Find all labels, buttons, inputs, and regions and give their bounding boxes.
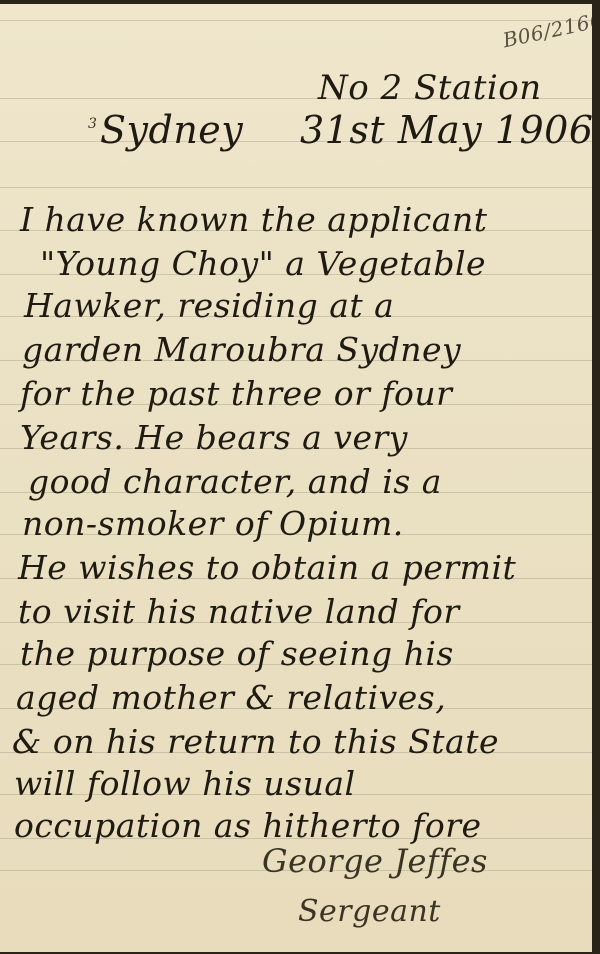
body-line: good character, and is a <box>28 462 442 501</box>
body-line: garden Maroubra Sydney <box>22 330 461 369</box>
body-line: I have known the applicant <box>20 200 487 239</box>
body-line: Years. He bears a very <box>20 418 408 457</box>
place-name: Sydney <box>100 108 243 152</box>
signature-name: George Jeffes <box>262 842 488 880</box>
ruled-line <box>0 187 592 188</box>
body-line: & on his return to this State <box>12 722 499 761</box>
letter-date: 31st May 1906 <box>300 108 592 152</box>
body-line: "Young Choy" a Vegetable <box>40 244 486 283</box>
body-line: to visit his native land for <box>18 592 460 631</box>
ruled-line <box>0 20 592 21</box>
signature-rank: Sergeant <box>298 894 441 929</box>
body-line: occupation as hitherto fore <box>14 806 482 845</box>
letter-sheet: B06/2166 3 No 2 Station Sydney 31st May … <box>0 4 592 952</box>
body-line: He wishes to obtain a permit <box>18 548 516 587</box>
body-line: will follow his usual <box>14 764 356 803</box>
reference-number: B06/2166 <box>501 8 592 53</box>
margin-mark: 3 <box>88 116 97 132</box>
body-line: the purpose of seeing his <box>20 634 454 673</box>
body-line: Hawker, residing at a <box>24 286 394 325</box>
body-line: non-smoker of Opium. <box>22 504 404 543</box>
station-heading: No 2 Station <box>318 68 542 108</box>
body-line: aged mother & relatives, <box>16 678 446 717</box>
body-line: for the past three or four <box>20 374 452 413</box>
